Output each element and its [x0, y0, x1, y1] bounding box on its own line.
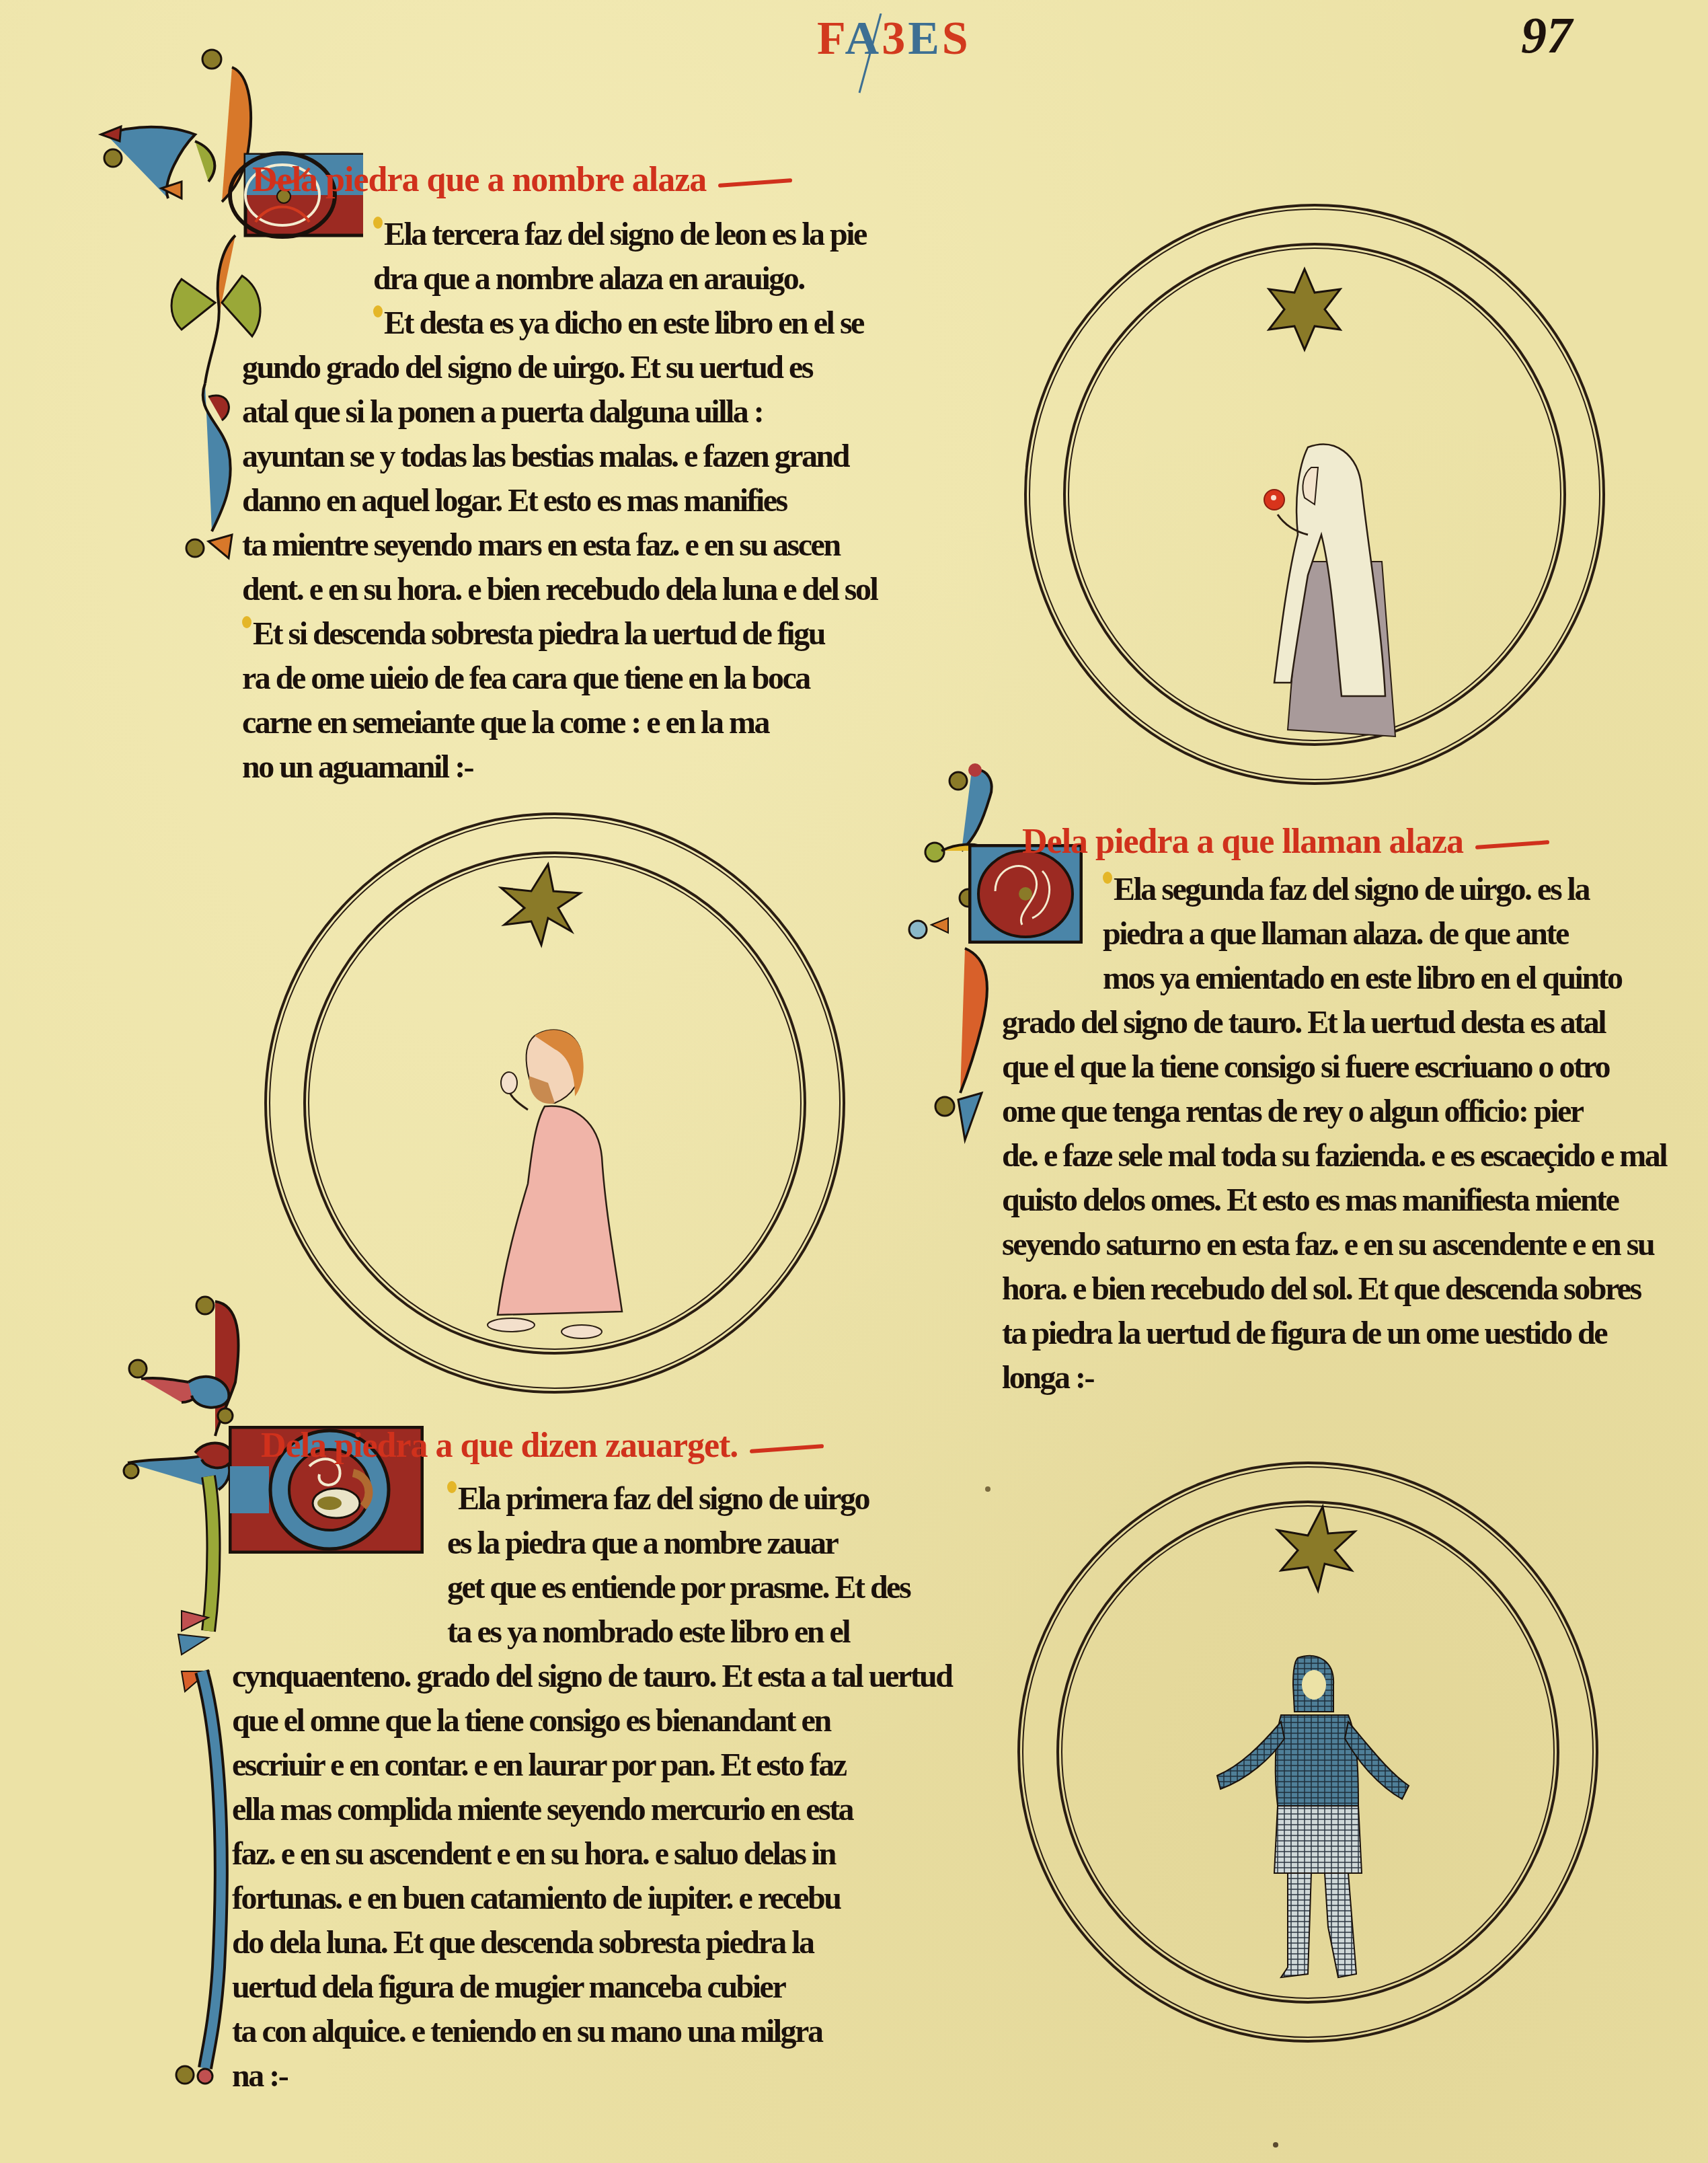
- text-line: ome que tenga rentas de rey o algun offi…: [1002, 1090, 1666, 1134]
- rubric-title: Dela piedra a que llaman alaza: [1022, 823, 1463, 861]
- text-line: Et desta es ya dicho en este libro en el…: [373, 301, 866, 346]
- section-2-rubric: Dela piedra a que llaman alaza: [1022, 822, 1549, 862]
- section-2-text: grado del signo de tauro. Et la uertud d…: [1002, 1001, 1666, 1400]
- text-line: carne en semeiante que la come : e en la…: [242, 701, 877, 745]
- text-line: ella mas complida miente seyendo mercuri…: [232, 1788, 952, 1832]
- text-line: Ela segunda faz del signo de uirgo. es l…: [1103, 868, 1622, 912]
- text-line: ta mientre seyendo mars en esta faz. e e…: [242, 523, 877, 568]
- six-point-star-icon: [1278, 1507, 1355, 1591]
- text-line: ta es ya nombrado este libro en el: [447, 1610, 910, 1655]
- section-1-rubric: Dela piedra que a nombre alaza: [252, 160, 792, 200]
- rubrication-mark: [373, 305, 383, 317]
- text-line: atal que si la ponen a puerta dalguna ui…: [242, 390, 877, 434]
- text-line: de. e faze sele mal toda su fazienda. e …: [1002, 1134, 1666, 1178]
- rubric-title: Dela piedra que a nombre alaza: [252, 161, 706, 199]
- text-line: Et si descenda sobresta piedra la uertud…: [242, 612, 877, 656]
- running-head-letter: S: [942, 13, 971, 65]
- text-line: dent. e en su hora. e bien recebudo dela…: [242, 568, 877, 612]
- text-line: ta con alquice. e teniendo en su mano un…: [232, 2010, 952, 2054]
- section-3-rubric: Dela piedra a que dizen zauarget.: [261, 1426, 824, 1466]
- section-3-text-indented: Ela primera faz del signo de uirgo es la…: [447, 1477, 910, 1655]
- medallion-chainmail-man: [1012, 1456, 1604, 2048]
- six-point-star-icon: [501, 864, 580, 945]
- text-line: danno en aquel logar. Et esto es mas man…: [242, 479, 877, 523]
- folio-number: 97: [1521, 7, 1572, 65]
- rubrication-mark: [447, 1481, 457, 1493]
- rubric-title: Dela piedra a que dizen zauarget.: [261, 1427, 738, 1465]
- rubric-flourish: [750, 1444, 824, 1453]
- section-1-text: gundo grado del signo de uirgo. Et su ue…: [242, 346, 877, 790]
- six-point-star-icon: [1269, 269, 1340, 350]
- text-line: escriuir e en contar. e en laurar por pa…: [232, 1743, 952, 1788]
- medallion-veiled-woman: [1019, 198, 1610, 790]
- text-line: ayuntan se y todas las bestias malas. e …: [242, 434, 877, 479]
- text-line: Ela primera faz del signo de uirgo: [447, 1477, 910, 1521]
- text-line: es la piedra que a nombre zauar: [447, 1521, 910, 1566]
- text-line: grado del signo de tauro. Et la uertud d…: [1002, 1001, 1666, 1045]
- text-line: na :-: [232, 2054, 952, 2098]
- text-line: Ela tercera faz del signo de leon es la …: [373, 213, 866, 257]
- text-line: mos ya emientado en este libro en el qui…: [1103, 956, 1622, 1001]
- text-line: longa :-: [1002, 1356, 1666, 1400]
- text-line: uertud dela figura de mugier manceba cub…: [232, 1965, 952, 2010]
- text-line: get que es entiende por prasme. Et des: [447, 1566, 910, 1610]
- section-3-text: cynquaenteno. grado del signo de tauro. …: [232, 1655, 952, 2098]
- rubrication-mark: [1103, 872, 1112, 884]
- text-line: do dela luna. Et que descenda sobresta p…: [232, 1921, 952, 1965]
- text-line: fortunas. e en buen catamiento de iupite…: [232, 1876, 952, 1921]
- text-line: dra que a nombre alaza en arauigo.: [373, 257, 866, 301]
- text-line: hora. e bien recebudo del sol. Et que de…: [1002, 1267, 1666, 1312]
- rubric-flourish: [1475, 840, 1549, 849]
- text-line: cynquaenteno. grado del signo de tauro. …: [232, 1655, 952, 1699]
- rubrication-mark: [242, 616, 251, 628]
- rubrication-mark: [373, 217, 383, 229]
- text-line: ra de ome uieio de fea cara que tiene en…: [242, 656, 877, 701]
- text-line: que el que la tiene consigo si fuere esc…: [1002, 1045, 1666, 1090]
- rubric-flourish: [718, 178, 792, 188]
- section-1-text-indented: Ela tercera faz del signo de leon es la …: [373, 213, 866, 346]
- text-line: seyendo saturno en esta faz. e en su asc…: [1002, 1223, 1666, 1267]
- running-head-letter: E: [908, 13, 942, 65]
- text-line: no un aguamanil :-: [242, 745, 877, 790]
- parchment-speck: [1273, 2142, 1278, 2148]
- text-line: gundo grado del signo de uirgo. Et su ue…: [242, 346, 877, 390]
- text-line: faz. e en su ascendent e en su hora. e s…: [232, 1832, 952, 1876]
- text-line: quisto delos omes. Et esto es mas manifi…: [1002, 1178, 1666, 1223]
- text-line: piedra a que llaman alaza. de que ante: [1103, 912, 1622, 956]
- text-line: que el omne que la tiene consigo es bien…: [232, 1699, 952, 1743]
- text-line: ta piedra la uertud de figura de un ome …: [1002, 1312, 1666, 1356]
- running-head-letter: F: [817, 13, 845, 65]
- parchment-speck: [985, 1486, 991, 1492]
- section-2-text-indented: Ela segunda faz del signo de uirgo. es l…: [1103, 868, 1622, 1001]
- running-head-pen-stroke: [854, 13, 894, 94]
